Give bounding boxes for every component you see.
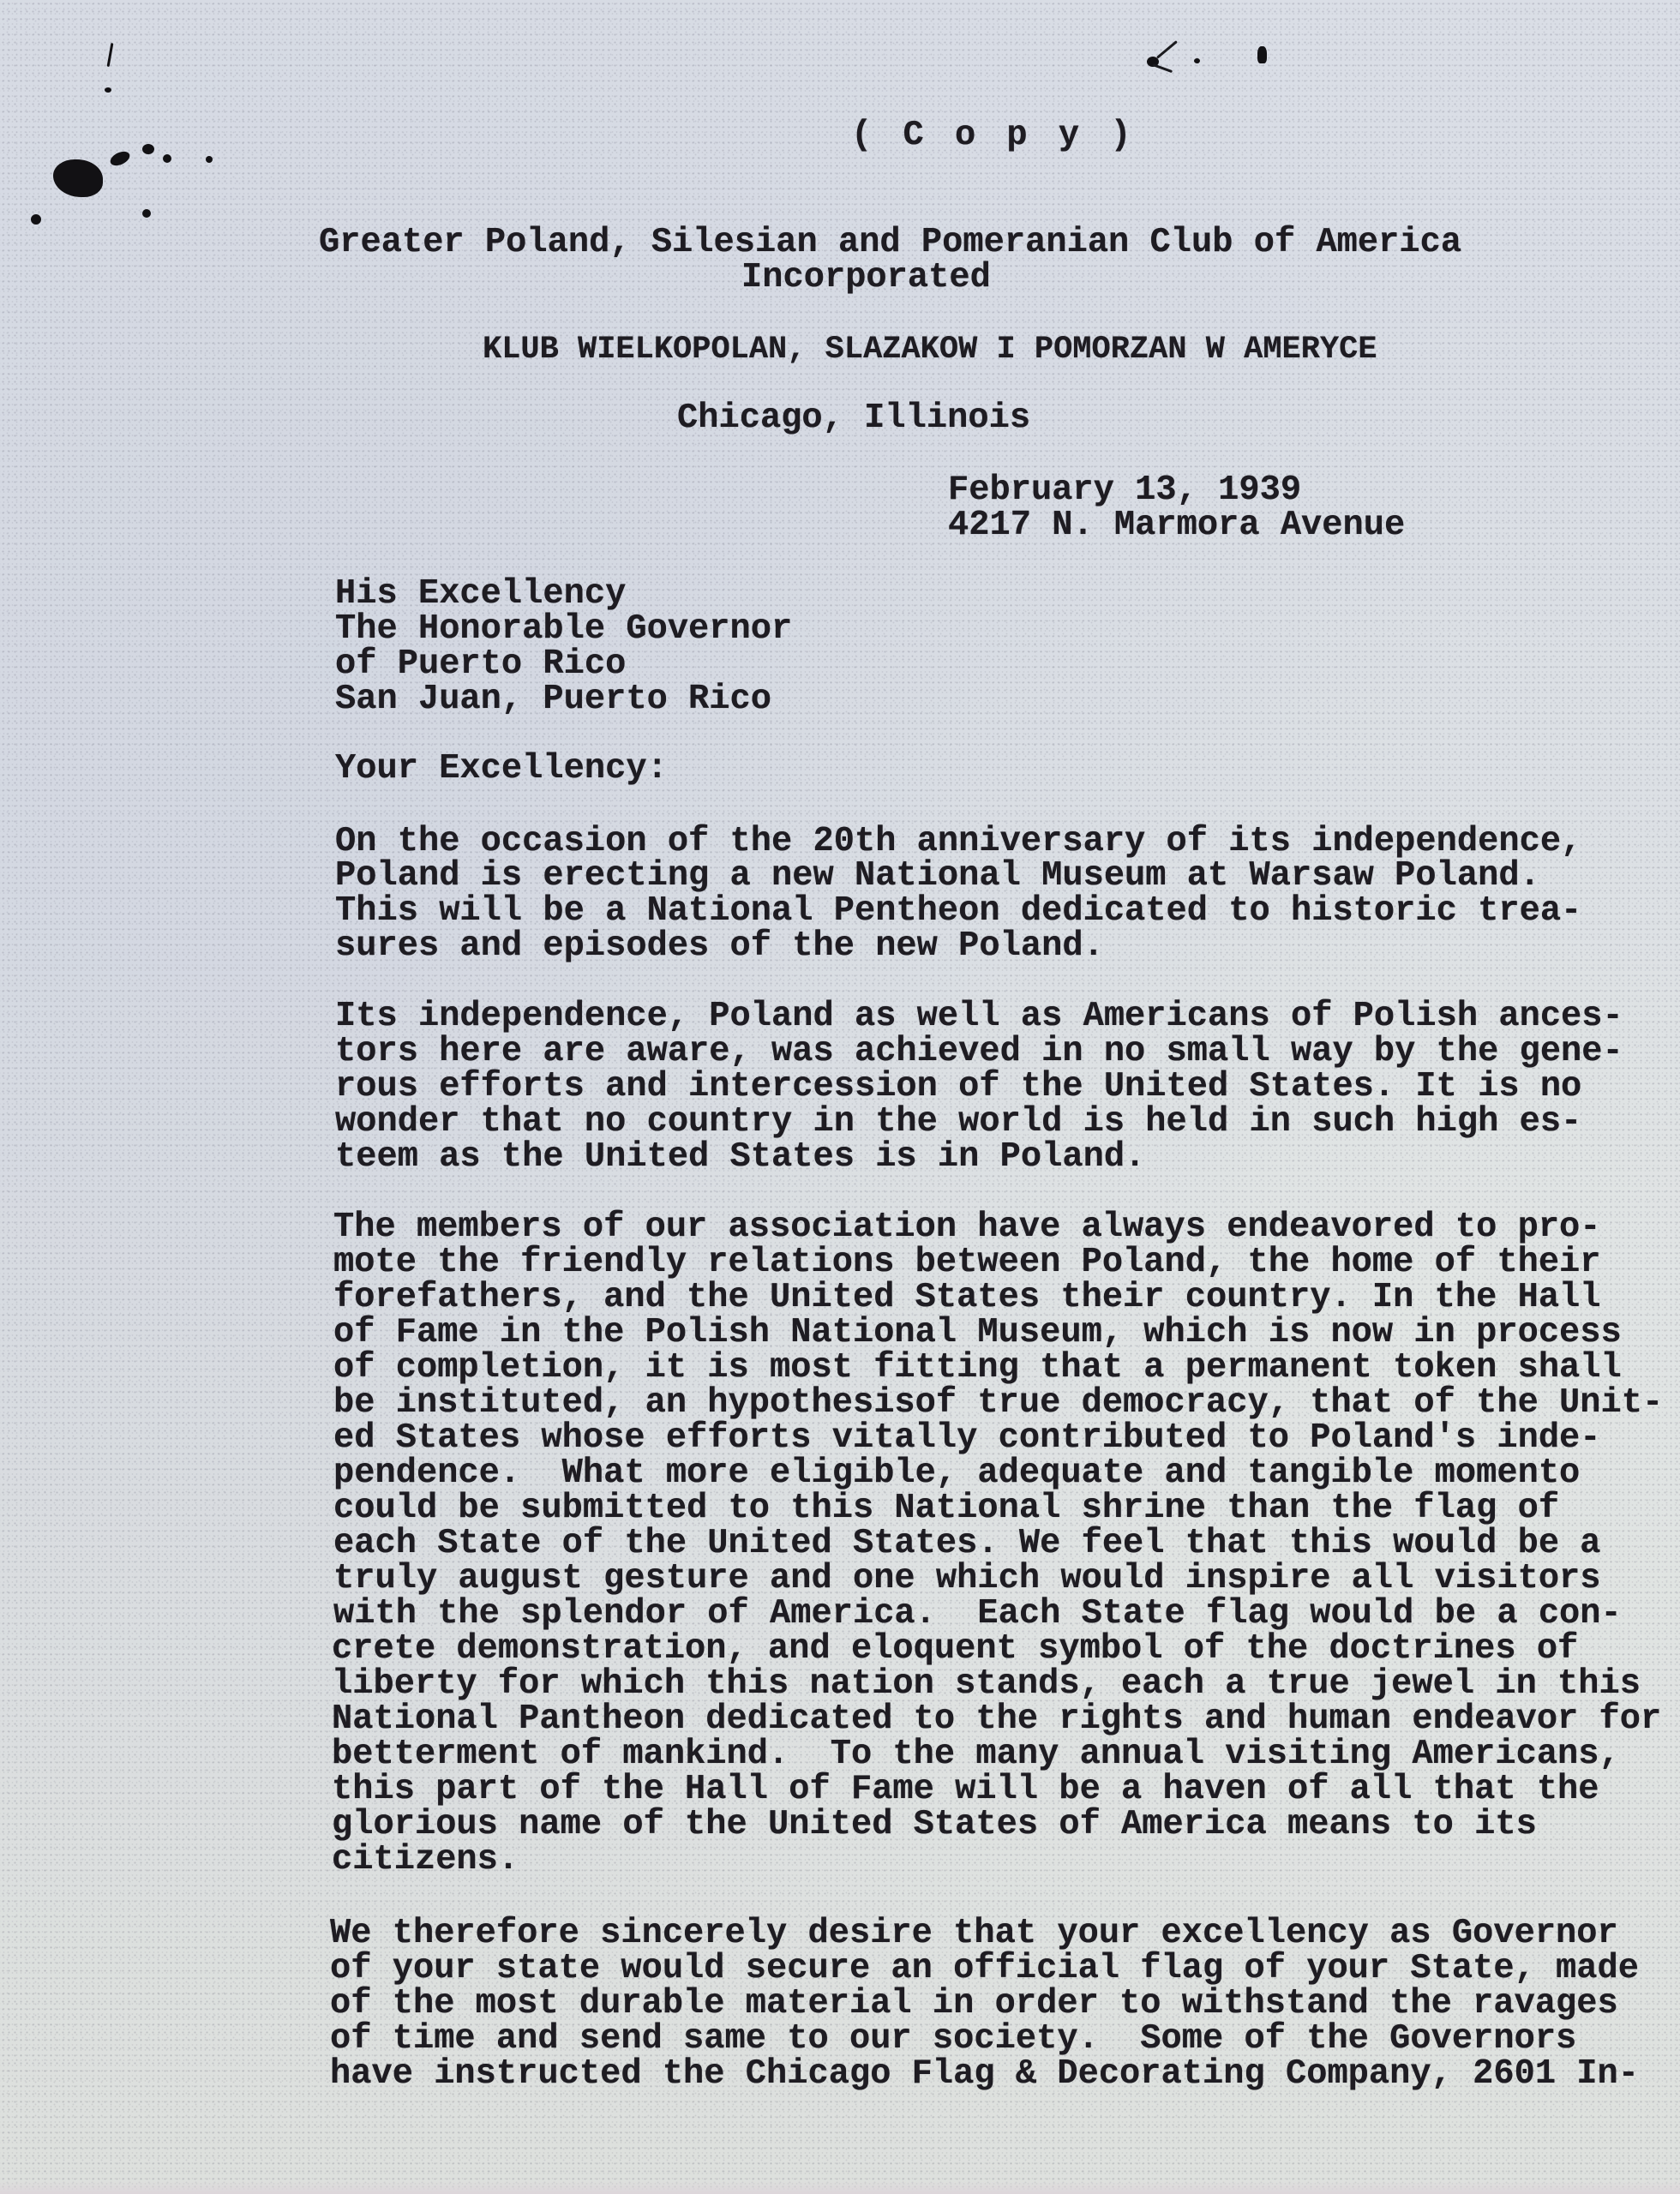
recipient-line: of Puerto Rico [335,647,626,682]
body-line: forefathers, and the United States their… [333,1280,1601,1316]
body-line: crete demonstration, and eloquent symbol… [332,1632,1578,1667]
body-line: tors here are aware, was achieved in no … [335,1034,1623,1070]
recipient-line: The Honorable Governor [335,612,792,647]
body-line: of the most durable material in order to… [330,1987,1618,2022]
body-line: wonder that no country in the world is h… [335,1105,1581,1140]
recipient-line: His Excellency [335,577,626,612]
body-line: with the splendor of America. Each State… [333,1597,1622,1632]
body-line: truly august gesture and one which would… [333,1562,1601,1597]
body-line: Its independence, Poland as well as Amer… [335,999,1623,1034]
letterhead-city: Chicago, Illinois [677,401,1030,436]
body-line: mote the friendly relations between Pola… [333,1245,1601,1280]
body-line: be instituted, an hypothesisof true demo… [333,1386,1663,1421]
body-line: have instructed the Chicago Flag & Decor… [330,2057,1639,2092]
salutation: Your Excellency: [335,752,668,787]
body-line: This will be a National Pentheon dedicat… [335,894,1581,929]
body-line: each State of the United States. We feel… [333,1526,1601,1562]
body-line: liberty for which this nation stands, ea… [332,1667,1641,1702]
body-line: rous efforts and intercession of the Uni… [335,1070,1581,1105]
body-line: of time and send same to our society. So… [330,2022,1576,2057]
body-line: sures and episodes of the new Poland. [335,929,1104,964]
body-line: could be submitted to this National shri… [333,1491,1559,1526]
body-line: The members of our association have alwa… [333,1210,1601,1245]
letterhead-org-name: Greater Poland, Silesian and Pomeranian … [319,225,1461,261]
body-line: teem as the United States is in Poland. [335,1140,1145,1175]
letterhead-polish-name: KLUB WIELKOPOLAN, SLAZAKOW I POMORZAN W … [483,333,1377,368]
body-line: On the occasion of the 20th anniversary … [335,824,1581,860]
page-bottom-edge [0,2180,1680,2194]
body-line: of your state would secure an official f… [330,1951,1639,1987]
body-line: this part of the Hall of Fame will be a … [332,1772,1599,1807]
body-line: National Pantheon dedicated to the right… [332,1702,1661,1737]
body-line: Poland is erecting a new National Museum… [335,859,1540,894]
body-line: We therefore sincerely desire that your … [330,1916,1618,1951]
body-line: of Fame in the Polish National Museum, w… [333,1316,1622,1351]
body-line: of completion, it is most fitting that a… [333,1351,1622,1386]
recipient-line: San Juan, Puerto Rico [335,682,771,717]
body-line: glorious name of the United States of Am… [332,1807,1537,1843]
letterhead-incorporated: Incorporated [741,261,991,296]
letter-date: February 13, 1939 [948,473,1301,508]
sender-address: 4217 N. Marmora Avenue [948,508,1405,543]
body-line: pendence. What more eligible, adequate a… [333,1456,1580,1491]
body-line: betterment of mankind. To the many annua… [332,1737,1620,1772]
body-line: ed States whose efforts vitally contribu… [333,1421,1601,1456]
copy-mark: ( C o p y ) [851,118,1137,153]
body-line: citizens. [332,1843,519,1878]
